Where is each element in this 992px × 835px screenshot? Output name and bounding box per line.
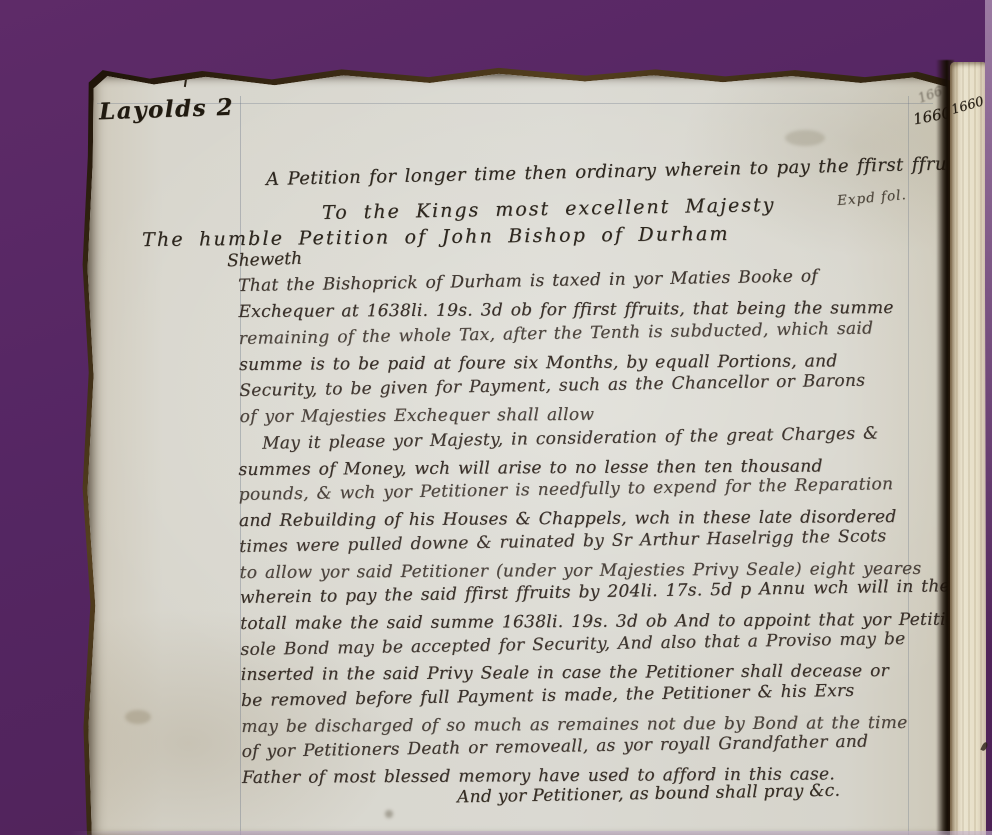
paper-stain [385,810,393,818]
facing-page-edge: 1660. [950,62,986,835]
photo-edge-strip [985,0,992,651]
manuscript-line: That the Bishoprick of Durham is taxed i… [238,262,894,299]
petition-paragraph-1: That the Bishoprick of Durham is taxed i… [238,266,895,431]
photo-bottom-strip [70,831,992,835]
paper-stain [785,130,825,146]
petition-paragraph-2: May it please yor Majesty, in considerat… [238,423,992,791]
archive-photo-background: Layolds 2 166 1660 A Petition for longer… [0,0,992,835]
petition-title: A Petition for longer time then ordinary… [266,153,971,190]
manuscript-page: Layolds 2 166 1660 A Petition for longer… [85,70,947,835]
petition-subtitle: The humble Petition of John Bishop of Du… [142,223,730,251]
sheweth-label: Sheweth [227,249,303,272]
year-annotation-facing: 1660. [950,93,990,118]
filing-note: Expd fol. [836,187,907,209]
paper-stain [125,710,151,724]
address-line: To the Kings most excellent Majesty [322,194,776,224]
docket-inscription: Layolds 2 [99,94,235,126]
